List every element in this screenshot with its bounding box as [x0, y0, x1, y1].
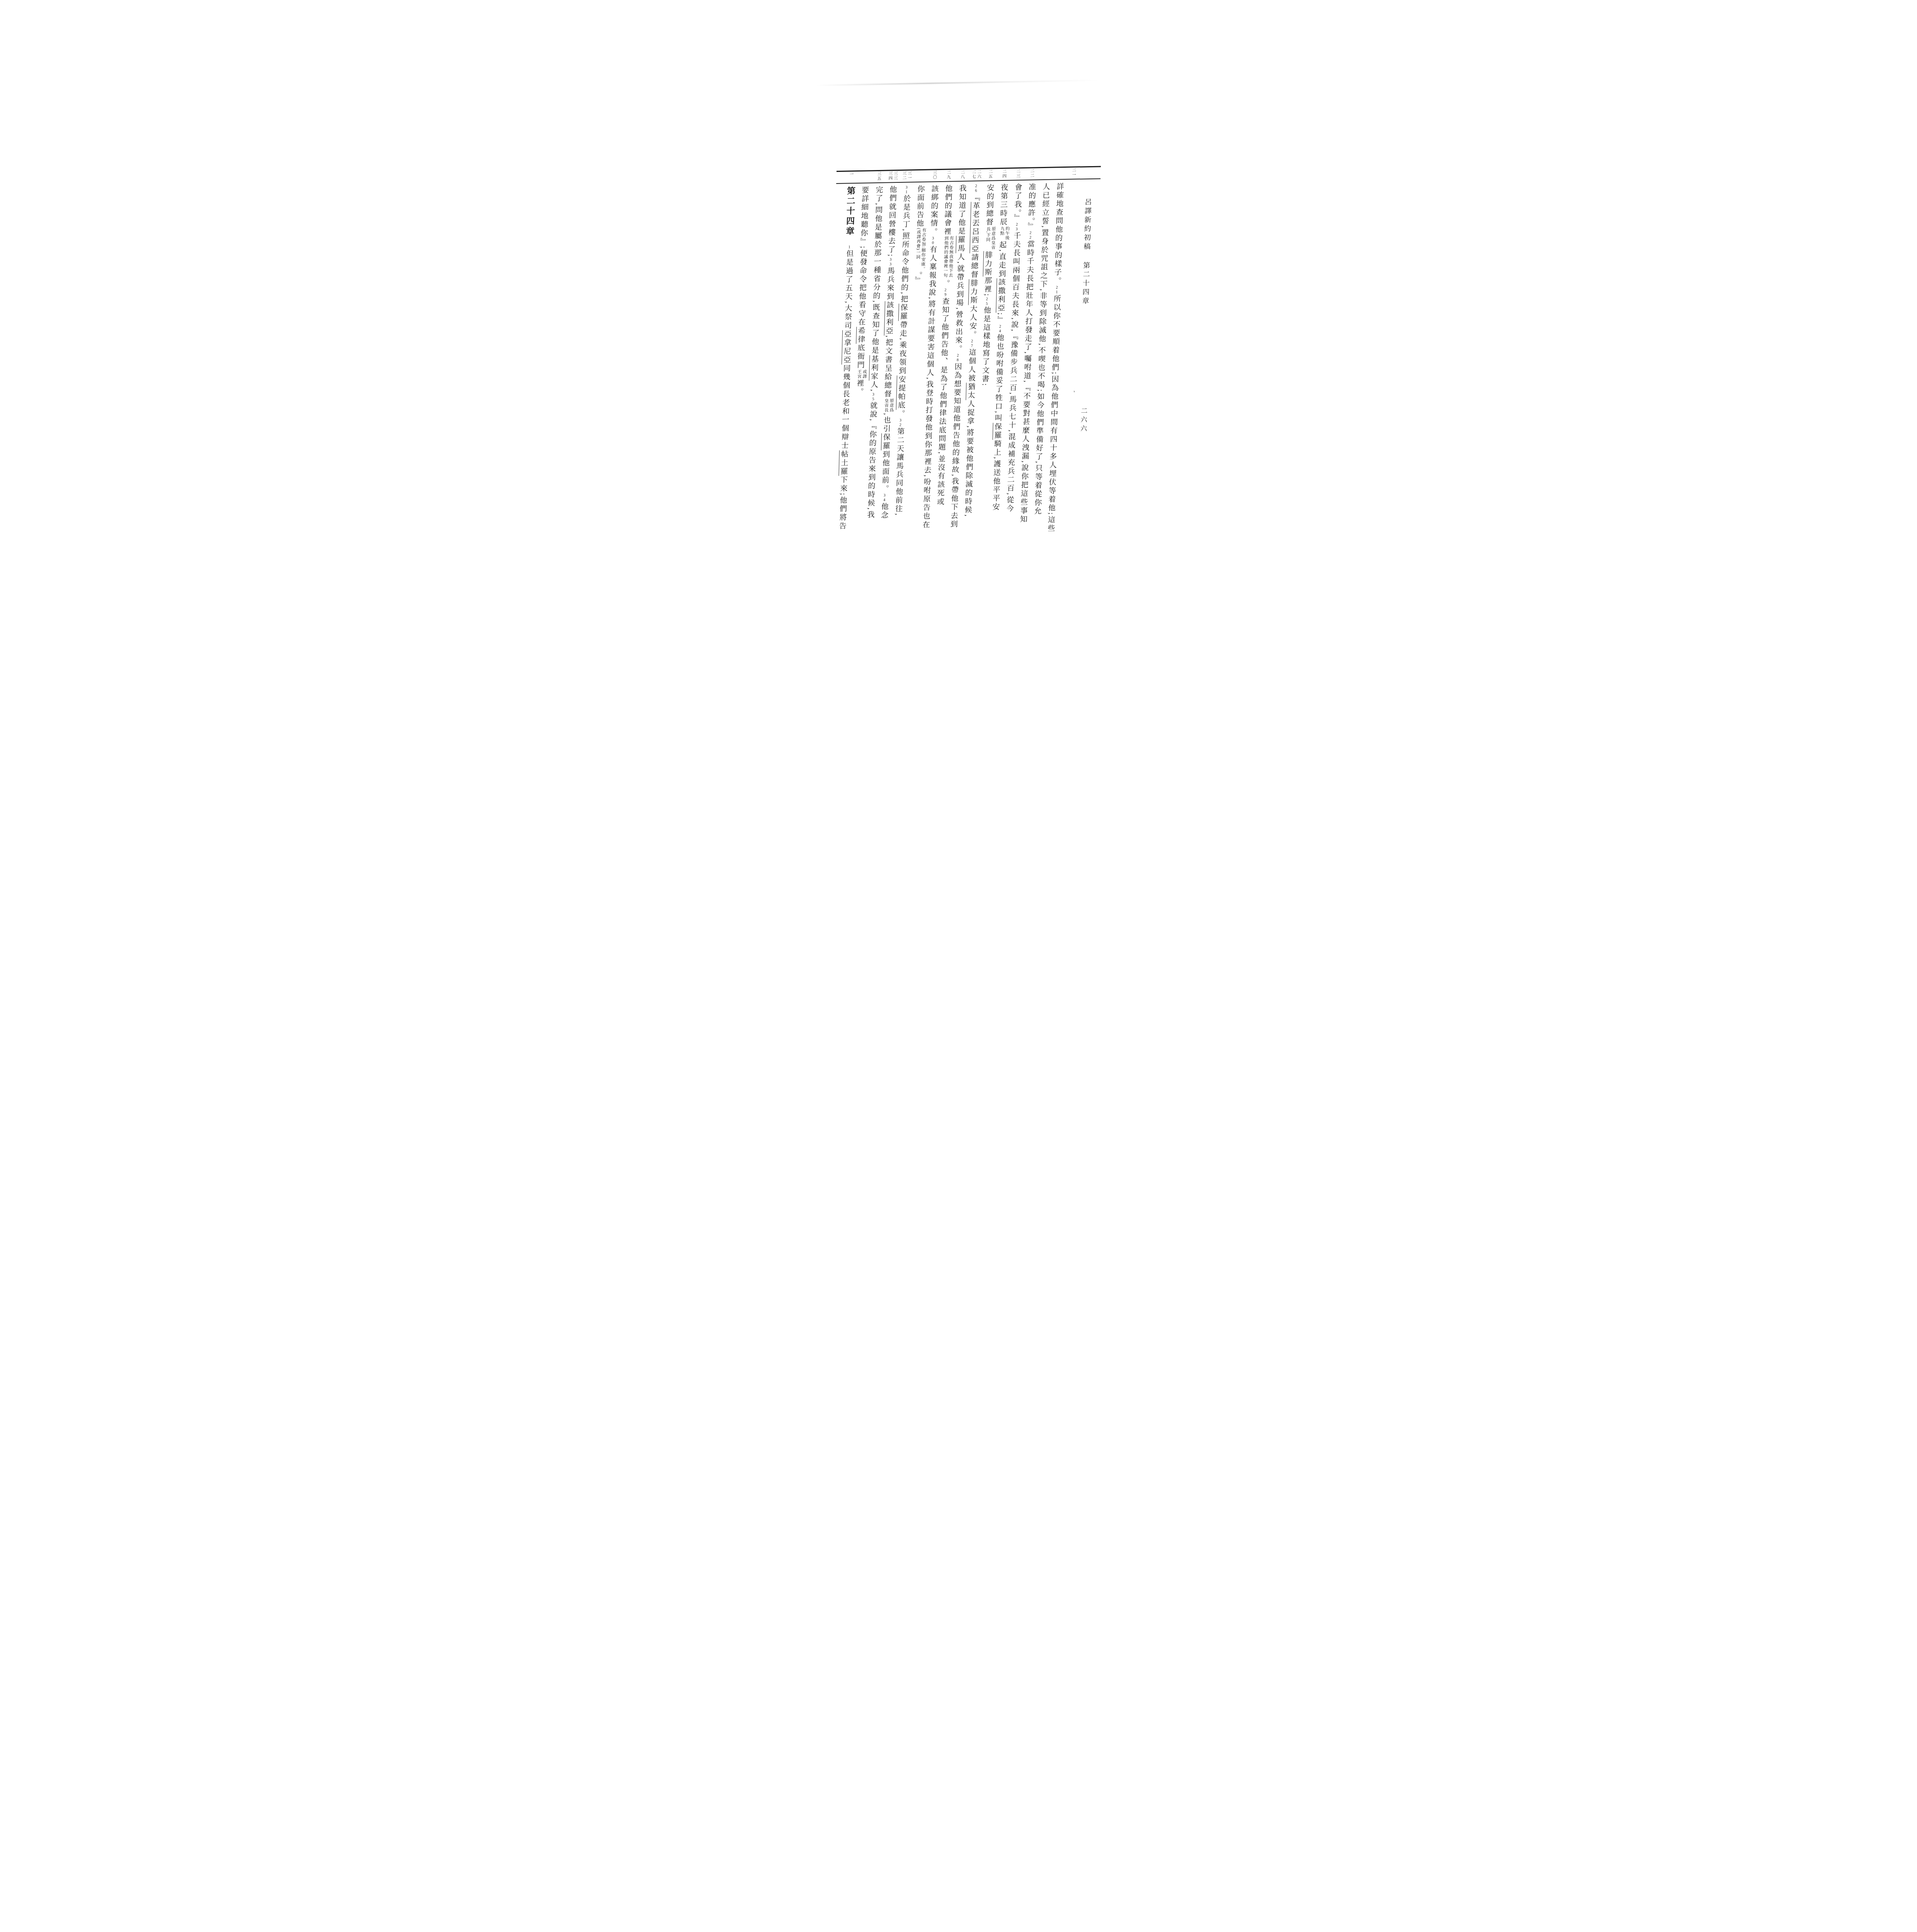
verse-text: 就說,『你的原告來到的時候,我 [866, 401, 877, 519]
book-title: 呂譯新約初稿 [1083, 198, 1092, 252]
margin-cell [913, 171, 928, 182]
scan-edge-shadow [815, 79, 1101, 86]
verse-text: 但是過了五天,大祭司 [843, 250, 853, 330]
verse-text: 騎上,護送他平平安 [991, 440, 1001, 512]
interlinear-note: 有古卷無我帶他下去到他們的議會裡一句 [942, 236, 954, 279]
proper-name: 羅馬 [956, 236, 965, 253]
margin-verse-number: 三二 [902, 171, 906, 182]
verse-text: 。』 [913, 271, 922, 285]
chapter-heading: 第二十四章 [845, 186, 856, 236]
verse-text: 因為想要知道他們告他的緣故,我帶他下去到 [949, 362, 961, 529]
verse-text: 於是兵丁,照所命令他們的,把 [899, 194, 910, 304]
proper-name: 該撒利亞 [884, 301, 893, 335]
proper-name: 帖土羅 [839, 450, 848, 476]
verse-text: 帶走,乘夜領到 [897, 321, 907, 376]
verse-number: 23 [1014, 223, 1019, 232]
margin-verse-number: 三〇 [932, 170, 937, 181]
header-chapter-marker: 第二十四章 [1081, 262, 1090, 306]
margin-cell: 二一 [1067, 168, 1081, 179]
margin-verse-number: 二八 [960, 170, 964, 180]
margin-verse-number: 三四 [888, 171, 892, 182]
margin-verse-number: 二三 [1015, 169, 1020, 179]
interlinear-note: 有古卷加:願你安康。(或譯再會)一詞 [914, 228, 926, 272]
verse-number: 21 [1055, 286, 1059, 295]
margin-verse-number: 二六 [976, 170, 981, 180]
verse-number: 32 [898, 418, 903, 427]
verse-number: 31 [904, 185, 909, 194]
verse-text: 他也吩咐備妥了牲口,叫 [993, 334, 1004, 423]
verse-text: 完了,問他是屬於那一種省分的,既查知了他是 [870, 186, 883, 355]
interlinear-note: 約午後九點 [998, 226, 1009, 241]
interlinear-note: 原意爲皇省長,下同 [984, 226, 996, 251]
body-text-block: 詳確地查問他的事的樣子。21所以你不要順着他們;因為他們中間有四十多人埋伏等着他… [834, 182, 1066, 541]
verse-text: 。 [941, 279, 950, 288]
margin-verse-number: 二四 [1002, 169, 1006, 180]
margin-verse-number: 三五 [876, 172, 881, 182]
verse-text: 安的到總督 [985, 184, 994, 226]
proper-name: 基利家 [869, 355, 878, 381]
verse-text: 他是這樣地寫了文書: [980, 306, 990, 387]
margin-cell: 二四 [997, 169, 1011, 180]
verse-text: ,把文書呈給總督 [883, 335, 893, 399]
margin-cell: 二八 [955, 170, 970, 181]
proper-name: 腓力斯 [968, 279, 978, 305]
proper-name: 猶太 [966, 383, 975, 400]
margin-cell: 三三三四 [886, 171, 900, 182]
proper-name: 腓力斯 [983, 251, 992, 277]
verse-number: 30 [930, 236, 935, 245]
interlinear-note: 或譯王宮 [856, 369, 867, 379]
verse-text: 到他面前。 [880, 450, 890, 493]
margin-cell: 三一三二 [900, 171, 914, 182]
verse-text: 要詳細地聽你』;便發命令把他看守在 [857, 186, 869, 327]
stray-tick-mark: 、 [1072, 386, 1081, 395]
margin-cell: 二三 [1011, 169, 1025, 180]
margin-cell: 二九 [941, 170, 956, 181]
verse-text: 。 [896, 410, 905, 418]
verse-number: 33 [888, 257, 893, 267]
verse-text: ;』 [996, 313, 1004, 325]
verse-text: 你面前告他 [915, 185, 924, 228]
column-gap [849, 236, 850, 245]
verse-text: 他們的議會裡 [942, 184, 952, 236]
verse-text: 詳確地查問他的事的樣子。 [1053, 182, 1063, 286]
verse-text: 大人安。 [968, 305, 977, 339]
page-number: 二六六 [1078, 407, 1088, 434]
verse-number: 29 [943, 288, 947, 297]
verse-text: 起,直走到 [997, 241, 1007, 278]
verse-text: 『 [971, 193, 980, 202]
verse-text: 請總督 [970, 253, 978, 279]
margin-cell: 一 [844, 172, 858, 183]
verse-text: 人,就帶兵到場,營救出來。 [954, 253, 964, 353]
proper-name: 亞拿尼亞 [841, 330, 851, 364]
margin-cell: 三五 [872, 172, 886, 182]
proper-name: 安提帕底 [896, 375, 905, 410]
verse-number: 22 [1028, 231, 1032, 240]
verse-text: 准的應許。』 [1026, 183, 1036, 231]
verse-text: 我知道了他是 [957, 184, 966, 236]
verse-number: 35 [871, 392, 876, 401]
verse-number: 27 [970, 339, 974, 349]
verse-text: 該綁的案情。 [929, 185, 938, 236]
proper-name: 保羅 [898, 304, 907, 321]
verse-number: 1 [847, 245, 851, 250]
margin-cell: 二五 [983, 169, 997, 180]
verse-text: 夜第三時辰 [998, 184, 1008, 226]
verse-text: 這個人被 [967, 349, 976, 383]
margin-verse-number: 二五 [988, 170, 992, 180]
verse-text: 第二天讓馬兵同他前往, [894, 427, 904, 516]
verse-text: 馬兵來到 [885, 267, 894, 301]
margin-cell [1039, 168, 1053, 179]
proper-name: 保羅 [881, 433, 890, 451]
margin-verse-number: 三一 [907, 171, 912, 181]
margin-cell: 二六二七 [969, 170, 983, 180]
verse-text: 人捉拿,將要被他們除滅的時候, [963, 400, 975, 518]
running-header: 呂譯新約初稿第二十四章 [1080, 198, 1093, 306]
verse-text: ,也引 [882, 413, 890, 434]
verse-text: 下來;他們將告 [838, 476, 847, 531]
margin-verse-number: 二七 [971, 170, 976, 180]
margin-cell [858, 172, 872, 182]
page-scan-area: 二一二二二三二四二五二六二七二八二九三〇三一三二三三三四三五一 詳確地查問他的事… [719, 0, 1198, 678]
verse-number: 25 [985, 297, 989, 306]
verse-text: 人, [869, 381, 878, 393]
verse-text: 那裡; [983, 277, 991, 297]
proper-name: 該撒利亞 [995, 278, 1005, 313]
proper-name: 革老丟呂西亞 [970, 202, 980, 253]
verse-number: 28 [955, 354, 960, 363]
verse-number: 24 [998, 325, 1002, 334]
verse-text: 查知了他們告他、是為了他們律法底問題,並沒有該死或 [936, 297, 949, 506]
verse-number: 26 [974, 184, 978, 193]
proper-name: 希律 [856, 327, 865, 344]
margin-verse-number: 一 [849, 172, 853, 182]
margin-verse-number: 三三 [893, 171, 898, 182]
margin-cell: 三〇 [927, 170, 942, 181]
margin-verse-number: 二九 [946, 170, 951, 181]
verse-number: 34 [882, 493, 886, 503]
margin-cell: 二二 [1025, 168, 1039, 179]
header-gap [1086, 252, 1087, 262]
interlinear-note: 原意爲皇省長 [883, 398, 894, 413]
verse-text: 他念 [879, 502, 888, 520]
verse-text: 底衙門 [856, 344, 865, 369]
proper-name: 保羅 [992, 422, 1002, 440]
verse-text: 他們就回營樓去了; [886, 185, 896, 257]
verse-text: 同幾個長老和一個辯士 [840, 364, 850, 450]
verse-text: 裡。 [855, 379, 864, 396]
margin-cell [1053, 168, 1067, 179]
scanned-book-page: 二一二二二三二四二五二六二七二八二九三〇三一三二三三三四三五一 詳確地查問他的事… [719, 0, 1198, 678]
margin-verse-number: 二二 [1029, 169, 1034, 179]
margin-verse-number: 二一 [1071, 168, 1076, 179]
verse-text: 會了我。』 [1013, 183, 1022, 223]
